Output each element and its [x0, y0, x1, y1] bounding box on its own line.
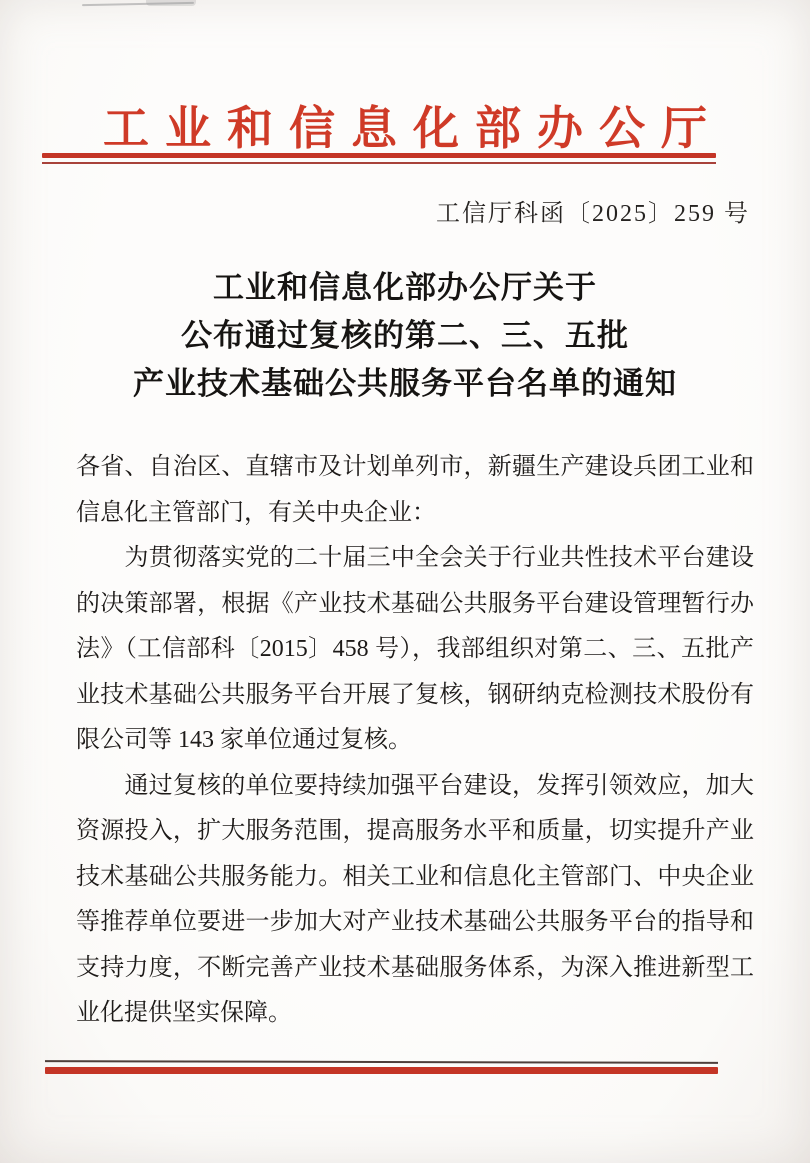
- document-title-line-3: 产业技术基础公共服务平台名单的通知: [0, 360, 810, 408]
- body-line: 等推荐单位要进一步加大对产业技术基础公共服务平台的指导和: [76, 900, 754, 946]
- body-line: 技术基础公共服务能力。相关工业和信息化主管部门、中央企业: [76, 855, 754, 901]
- document-title-line-1: 工业和信息化部办公厅关于: [0, 264, 810, 312]
- document-title-line-2: 公布通过复核的第二、三、五批: [0, 312, 810, 360]
- body-line: 业化提供坚实保障。: [76, 991, 754, 1037]
- body-paragraph: 各省、自治区、直辖市及计划单列市，新疆生产建设兵团工业和信息化主管部门，有关中央…: [76, 445, 754, 536]
- body-line: 通过复核的单位要持续加强平台建设，发挥引领效应，加大: [76, 764, 754, 810]
- body-paragraph: 为贯彻落实党的二十届三中全会关于行业共性技术平台建设的决策部署，根据《产业技术基…: [76, 536, 754, 764]
- body-line: 的决策部署，根据《产业技术基础公共服务平台建设管理暂行办: [76, 582, 754, 628]
- body-line: 法》（工信部科〔2015〕458 号），我部组织对第二、三、五批产: [76, 627, 754, 673]
- document-body: 各省、自治区、直辖市及计划单列市，新疆生产建设兵团工业和信息化主管部门，有关中央…: [76, 445, 754, 1037]
- red-rule-thick: [45, 1067, 718, 1074]
- body-line: 资源投入，扩大服务范围，提高服务水平和质量，切实提升产业: [76, 809, 754, 855]
- official-document-page: 工业和信息化部办公厅 工信厅科函〔2025〕259 号 工业和信息化部办公厅关于…: [0, 0, 810, 1163]
- document-number: 工信厅科函〔2025〕259 号: [436, 193, 750, 228]
- body-line: 业技术基础公共服务平台开展了复核，钢研纳克检测技术股份有: [76, 673, 754, 719]
- body-line: 限公司等 143 家单位通过复核。: [76, 718, 754, 764]
- red-separator-top: [42, 153, 716, 164]
- body-line: 支持力度，不断完善产业技术基础服务体系，为深入推进新型工: [76, 946, 754, 992]
- body-paragraph: 通过复核的单位要持续加强平台建设，发挥引领效应，加大资源投入，扩大服务范围，提高…: [76, 764, 754, 1037]
- body-line: 为贯彻落实党的二十届三中全会关于行业共性技术平台建设: [76, 536, 754, 582]
- body-line: 信息化主管部门，有关中央企业：: [76, 491, 754, 537]
- red-separator-bottom: [45, 1061, 718, 1074]
- letterhead-title: 工业和信息化部办公厅: [0, 92, 810, 158]
- body-line: 各省、自治区、直辖市及计划单列市，新疆生产建设兵团工业和: [76, 445, 754, 491]
- document-title: 工业和信息化部办公厅关于 公布通过复核的第二、三、五批 产业技术基础公共服务平台…: [0, 264, 810, 408]
- photo-artifact-smudge: [146, 0, 196, 6]
- red-rule-thin: [42, 162, 716, 164]
